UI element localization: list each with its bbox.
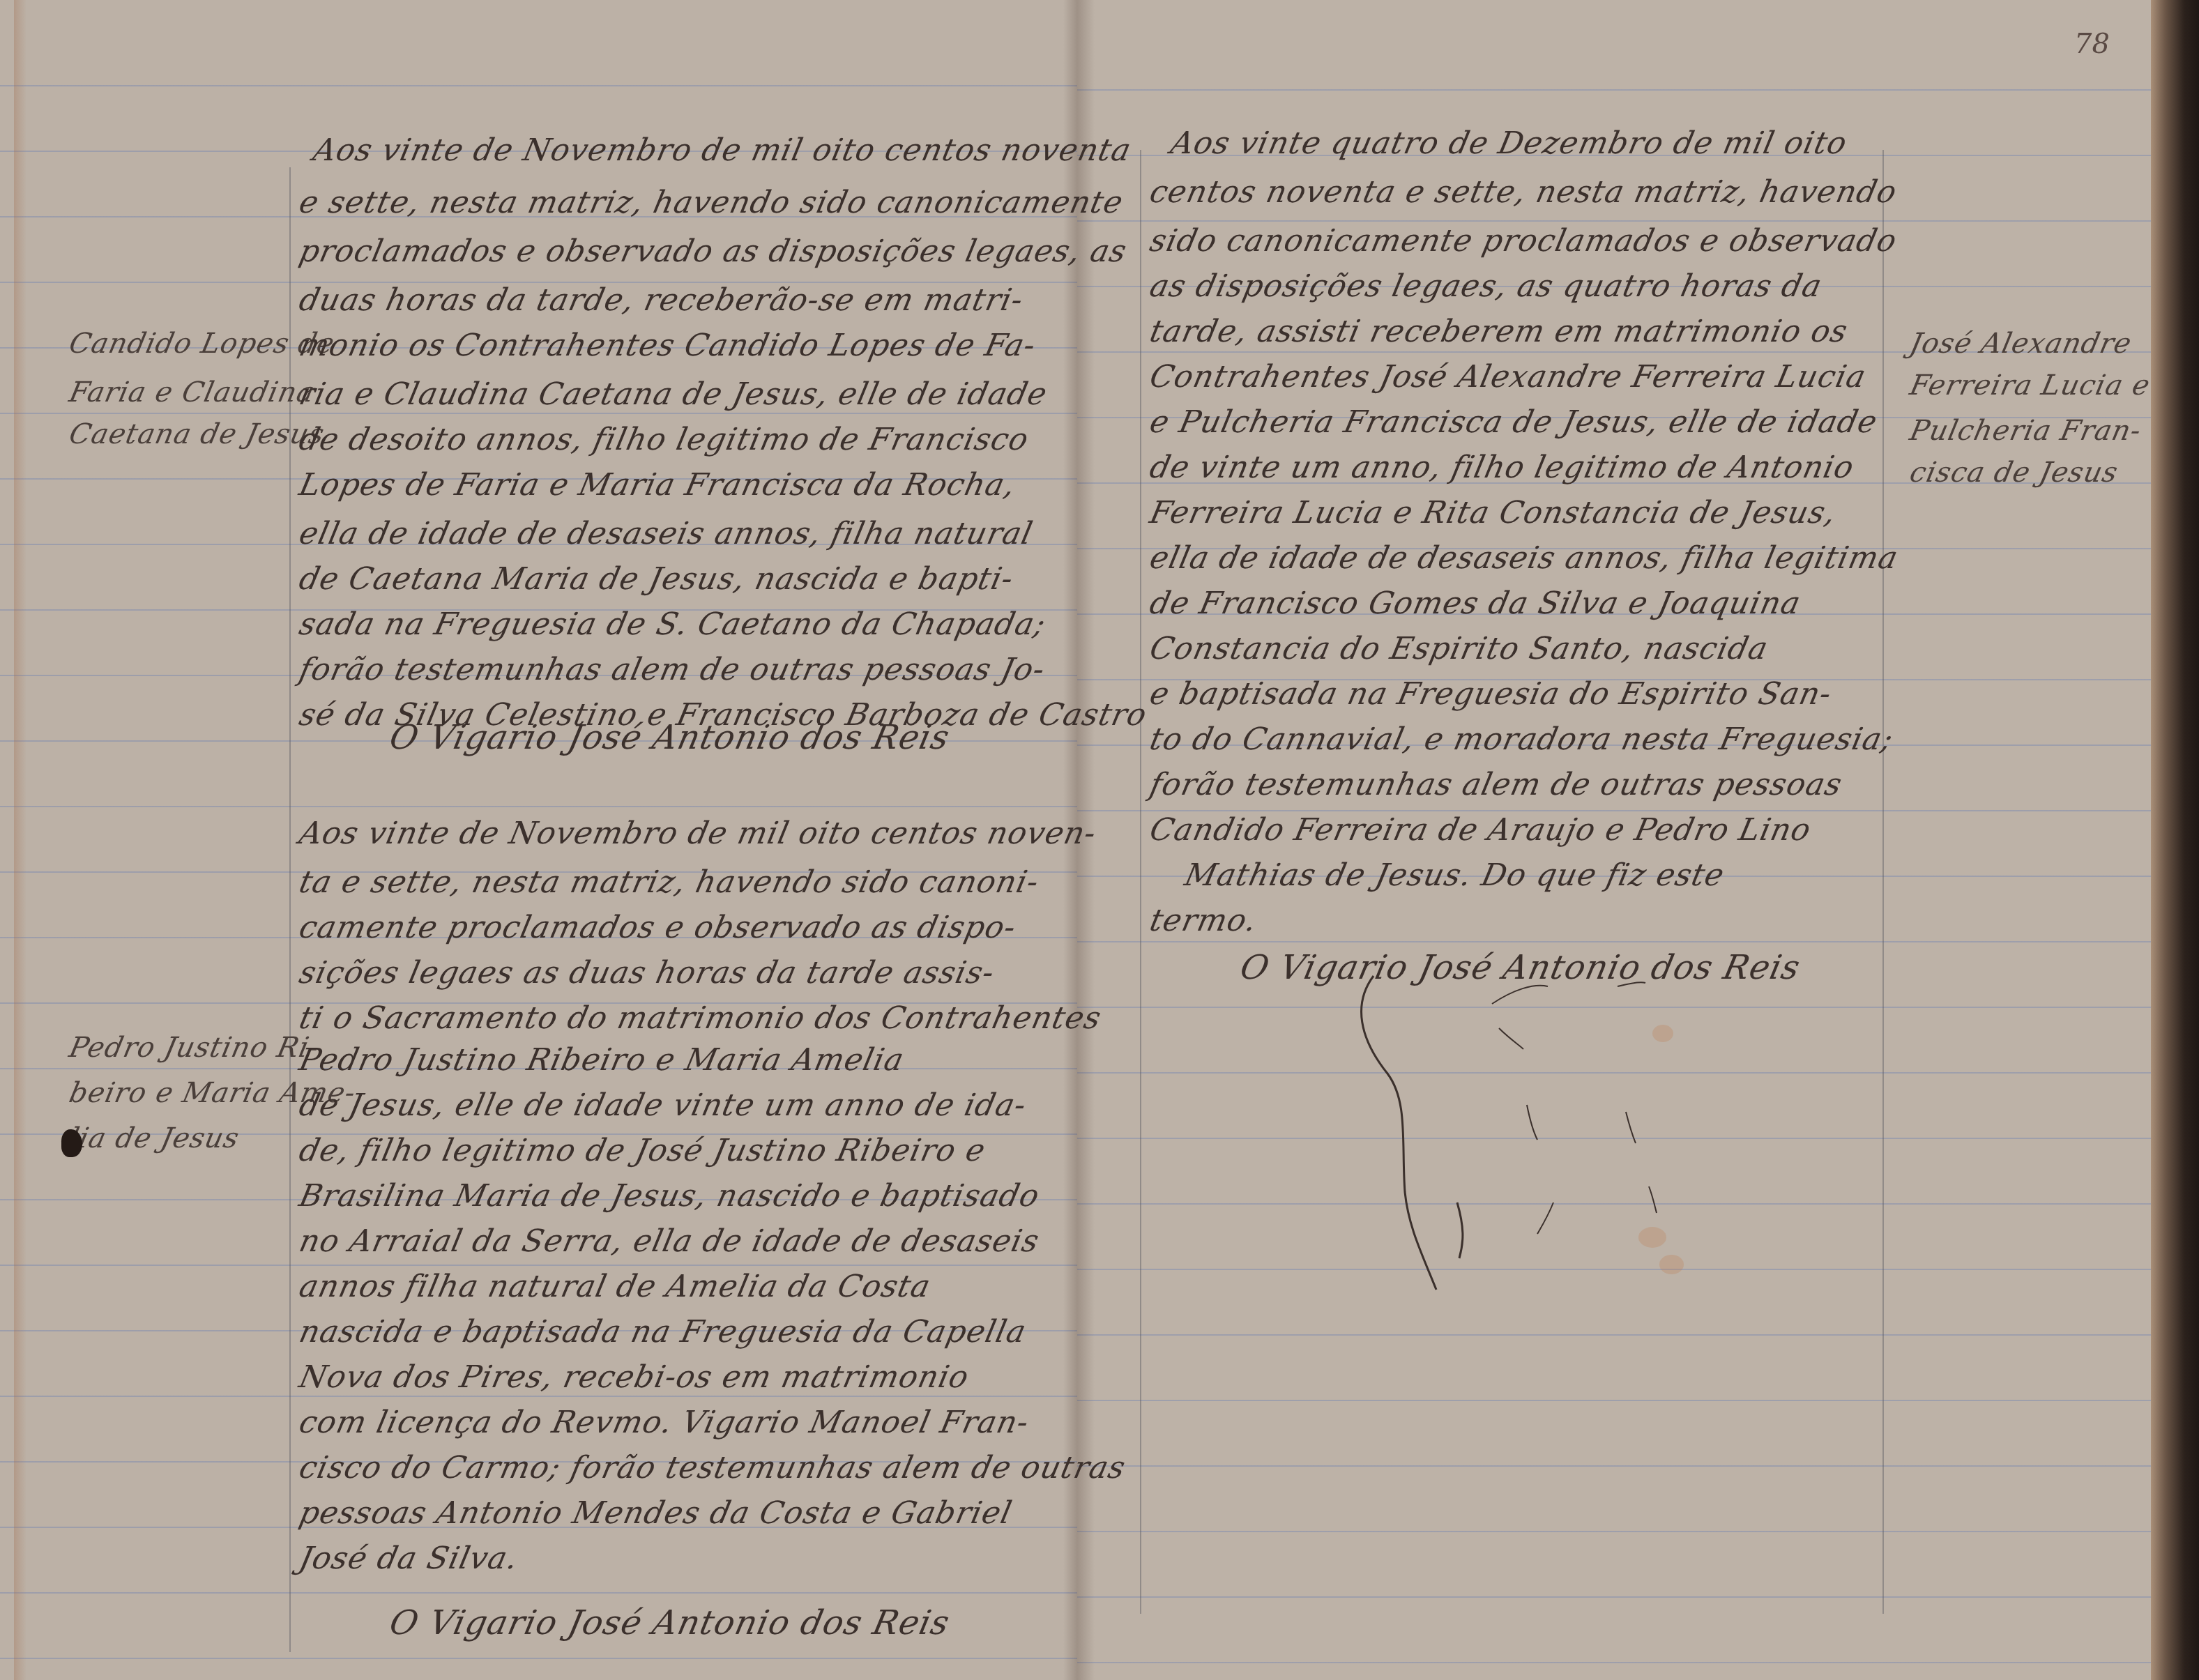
entry-line: Contrahentes José Alexandre Ferreira Luc… bbox=[1147, 359, 1870, 395]
margin-note-line: cisca de Jesus bbox=[1907, 457, 2121, 489]
entry-line: de desoito annos, filho legitimo de Fran… bbox=[296, 422, 1033, 457]
open-register-book: 78 Candido Lopes de Faria e Claudina Cae… bbox=[0, 0, 2199, 1680]
entry-line: ta e sette, nesta matriz, havendo sido c… bbox=[296, 864, 1042, 900]
margin-note-line: Caetana de Jesus bbox=[66, 418, 328, 450]
entry-line: as disposições legaes, as quatro horas d… bbox=[1147, 268, 1825, 304]
entry-line: sições legaes as duas horas da tarde ass… bbox=[296, 955, 998, 991]
entry-line: Aos vinte de Novembro de mil oito centos… bbox=[296, 816, 1100, 851]
priest-signature: O Vigario José Antonio dos Reis bbox=[386, 1603, 953, 1642]
entry-line: ella de idade de desaseis annos, filha n… bbox=[296, 516, 1036, 551]
margin-note-line: Pulcheria Fran- bbox=[1907, 415, 2145, 447]
entry-line: de Caetana Maria de Jesus, nascida e bap… bbox=[296, 561, 1017, 597]
entry-line: Aos vinte quatro de Dezembro de mil oito bbox=[1168, 125, 1850, 161]
page-number: 78 bbox=[2074, 28, 2110, 60]
entry-line: cisco do Carmo; forão testemunhas alem d… bbox=[296, 1450, 1129, 1486]
entry-line: annos filha natural de Amelia da Costa bbox=[296, 1269, 934, 1304]
entry-line: Constancia do Espirito Santo, nascida bbox=[1147, 631, 1772, 666]
entry-line: nascida e baptisada na Freguesia da Cape… bbox=[296, 1314, 1030, 1350]
entry-line: duas horas da tarde, receberão-se em mat… bbox=[296, 282, 1027, 318]
entry-line: camente proclamados e observado as dispo… bbox=[296, 910, 1020, 945]
margin-note-line: Pedro Justino Ri- bbox=[66, 1032, 322, 1064]
margin-note-line: José Alexandre bbox=[1907, 328, 2135, 360]
entry-line: e sette, nesta matriz, havendo sido cano… bbox=[296, 185, 1127, 220]
entry-line: Candido Ferreira de Araujo e Pedro Lino bbox=[1147, 812, 1815, 848]
entry-line: centos noventa e sette, nesta matriz, ha… bbox=[1147, 174, 1901, 210]
foxing-stain bbox=[1659, 1255, 1684, 1274]
foxing-stain bbox=[1652, 1025, 1673, 1042]
entry-line: forão testemunhas alem de outras pessoas bbox=[1147, 767, 1846, 802]
entry-line: proclamados e observado as disposições l… bbox=[296, 234, 1130, 269]
margin-note-line: Ferreira Lucia e bbox=[1907, 369, 2153, 402]
entry-line: com licença do Revmo. Vigario Manoel Fra… bbox=[296, 1405, 1033, 1440]
right-page-left-margin-rule bbox=[1140, 150, 1141, 1614]
margin-note-line: Faria e Claudina bbox=[66, 376, 318, 408]
entry-line: termo. bbox=[1147, 903, 1261, 938]
entry-line: e Pulcheria Francisca de Jesus, elle de … bbox=[1147, 404, 1881, 440]
entry-line: Brasilina Maria de Jesus, nascido e bapt… bbox=[296, 1178, 1043, 1214]
entry-line: ti o Sacramento do matrimonio dos Contra… bbox=[296, 1000, 1105, 1036]
entry-line: Lopes de Faria e Maria Francisca da Roch… bbox=[296, 467, 1019, 503]
margin-note-line: lia de Jesus bbox=[66, 1122, 242, 1154]
left-page-edge bbox=[14, 0, 26, 1680]
entry-line: José da Silva. bbox=[296, 1541, 522, 1576]
entry-line: Aos vinte de Novembro de mil oito centos… bbox=[310, 132, 1135, 168]
entry-line: de Francisco Gomes da Silva e Joaquina bbox=[1147, 586, 1804, 621]
entry-line: no Arraial da Serra, ella de idade de de… bbox=[296, 1223, 1043, 1259]
entry-line: Pedro Justino Ribeiro e Maria Amelia bbox=[296, 1042, 908, 1078]
entry-line: de Jesus, elle de idade vinte um anno de… bbox=[296, 1087, 1030, 1123]
entry-line: to do Cannavial, e moradora nesta Fregue… bbox=[1147, 721, 1897, 757]
book-cover-edge bbox=[2151, 0, 2199, 1680]
entry-line: pessoas Antonio Mendes da Costa e Gabrie… bbox=[296, 1495, 1016, 1531]
entry-line: forão testemunhas alem de outras pessoas… bbox=[296, 652, 1049, 687]
entry-line: Ferreira Lucia e Rita Constancia de Jesu… bbox=[1147, 495, 1840, 530]
entry-line: de, filho legitimo de José Justino Ribei… bbox=[296, 1133, 989, 1168]
ink-blot bbox=[61, 1129, 82, 1157]
entry-line: de vinte um anno, filho legitimo de Anto… bbox=[1147, 450, 1857, 485]
closing-flourish bbox=[1325, 962, 1952, 1659]
entry-line: monio os Contrahentes Candido Lopes de F… bbox=[296, 328, 1040, 363]
entry-line: tarde, assisti receberem em matrimonio o… bbox=[1147, 314, 1851, 349]
entry-line: Mathias de Jesus. Do que fiz este bbox=[1182, 857, 1728, 893]
entry-line: ella de idade de desaseis annos, filha l… bbox=[1147, 540, 1902, 576]
entry-line: Nova dos Pires, recebi-os em matrimonio bbox=[296, 1359, 973, 1395]
entry-line: sido canonicamente proclamados e observa… bbox=[1147, 223, 1901, 259]
entry-line: sada na Freguesia de S. Caetano da Chapa… bbox=[296, 606, 1049, 642]
entry-line: ria e Claudina Caetana de Jesus, elle de… bbox=[296, 376, 1051, 412]
priest-signature: O Vigario José Antonio dos Reis bbox=[386, 718, 953, 757]
foxing-stain bbox=[1638, 1227, 1666, 1248]
entry-line: e baptisada na Freguesia do Espirito San… bbox=[1147, 676, 1835, 712]
